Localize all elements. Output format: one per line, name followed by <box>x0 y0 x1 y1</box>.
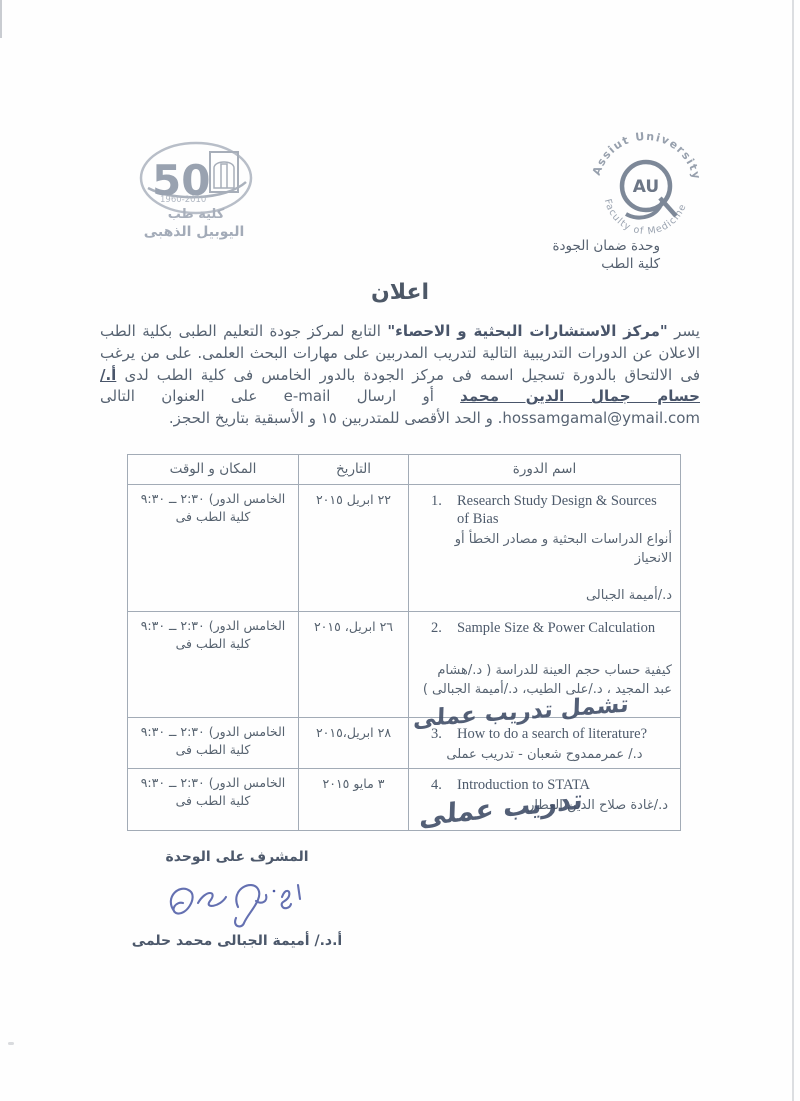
course-title-en: 1. Research Study Design & Sources of Bi… <box>417 492 672 528</box>
date-cell-2: ٢٦ ابريل، ٢٠١٥ <box>299 612 409 718</box>
scan-corner-mark <box>0 0 2 38</box>
course-number: 2. <box>431 619 445 637</box>
course-title-text: Research Study Design & Sources of Bias <box>457 492 672 528</box>
header-place-time: المكان و الوقت <box>128 455 299 485</box>
university-emblem-icon <box>214 162 234 188</box>
scan-speck <box>8 1042 14 1045</box>
intro-seg1: يسر <box>668 322 700 340</box>
place-cell-4: ٩:٣٠ ‎ــ‎ ٢:٣٠ ‎(الدور‎ الخامس‎ فى‎ كلية… <box>128 769 299 831</box>
course-cell-2: 2. Sample Size & Power Calculation كيفية… <box>409 612 681 718</box>
quality-unit-logo: Assiut University Faculty of Medicine AU <box>584 126 708 248</box>
au-initials: AU <box>633 177 659 197</box>
au-q-logo-icon: Assiut University Faculty of Medicine AU <box>584 126 708 248</box>
intro-seg9: . و الحد الأقصى للمتدربين ١٥ و الأسبقية … <box>169 409 502 427</box>
intro-email-word: e-mail <box>284 387 331 405</box>
course-cell-4: 4. Introduction to STATA د./غادة صلاح ال… <box>409 769 681 831</box>
courses-table: اسم الدورة التاريخ المكان و الوقت 1. Res… <box>127 454 681 831</box>
unit-caption-line1: وحدة ضمان الجودة <box>520 238 660 256</box>
table-row: 3. How to do a search of literature? د./… <box>128 718 681 769</box>
place-cell-2: ٩:٣٠ ‎ــ‎ ٢:٣٠ ‎(الدور‎ الخامس‎ فى‎ كلية… <box>128 612 299 718</box>
course-cell-1: 1. Research Study Design & Sources of Bi… <box>409 485 681 612</box>
golden-jubilee-logo: 50 1960-2010 كلية طب اليوبيل الذهبى <box>134 140 264 250</box>
header-date: التاريخ <box>299 455 409 485</box>
jubilee-50-icon: 50 1960-2010 كلية طب اليوبيل الذهبى <box>134 140 264 250</box>
jubilee-years: 1960-2010 <box>160 195 206 205</box>
course-desc-ar: د./ عمرممدوح شعبان - تدريب عملى <box>417 745 672 764</box>
course-title-text: Sample Size & Power Calculation <box>457 619 655 637</box>
table-row: 1. Research Study Design & Sources of Bi… <box>128 485 681 612</box>
date-cell-4: ٣ مايو ٢٠١٥ <box>299 769 409 831</box>
course-instructor: د./أميمة الجبالى <box>417 586 672 605</box>
course-number: 1. <box>431 492 445 528</box>
place-cell-1: ٩:٣٠ ‎ــ‎ ٢:٣٠ ‎(الدور‎ الخامس‎ فى‎ كلية… <box>128 485 299 612</box>
header-course-name: اسم الدورة <box>409 455 681 485</box>
place-cell-3: ٩:٣٠ ‎ــ‎ ٢:٣٠ ‎(الدور‎ الخامس‎ فى‎ كلية… <box>128 718 299 769</box>
intro-center-name: "مركز الاستشارات البحثية و الاحصاء" <box>387 322 667 340</box>
course-desc-ar: كيفية حساب حجم العينة للدراسة ( د./هشام … <box>417 661 672 699</box>
page-title: اعلان <box>0 280 800 305</box>
unit-caption-line2: كلية الطب <box>520 256 660 274</box>
course-number: 4. <box>431 776 445 794</box>
jubilee-golden-text: اليوبيل الذهبى <box>144 224 245 240</box>
date-cell-1: ٢٢ ابريل ٢٠١٥ <box>299 485 409 612</box>
table-header-row: اسم الدورة التاريخ المكان و الوقت <box>128 455 681 485</box>
handwritten-signature-icon <box>152 871 322 929</box>
date-cell-3: ٢٨ ابريل،٢٠١٥ <box>299 718 409 769</box>
signature-block: المشرف على الوحدة أ.د./ أميمة الجبالى مح… <box>128 849 346 949</box>
course-desc-ar: أنواع الدراسات البحثية و مصادر الخطأ أو … <box>417 530 672 568</box>
jubilee-faculty-text: كلية طب <box>168 207 225 222</box>
intro-email-address: hossamgamal@ymail.com <box>502 409 700 427</box>
signature-name: أ.د./ أميمة الجبالى محمد حلمى <box>128 933 346 949</box>
course-title-en: 2. Sample Size & Power Calculation <box>417 619 672 637</box>
intro-paragraph: يسر "مركز الاستشارات البحثية و الاحصاء" … <box>100 321 700 430</box>
course-title-text: How to do a search of literature? <box>457 725 647 743</box>
scanned-announcement-page: 50 1960-2010 كلية طب اليوبيل الذهبى Assi… <box>0 0 800 1101</box>
arc-text-university: Assiut University <box>590 130 703 182</box>
svg-text:Assiut University: Assiut University <box>590 130 703 182</box>
signature-title: المشرف على الوحدة <box>128 849 346 865</box>
intro-seg7: على العنوان التالى <box>100 387 284 405</box>
table-row: 4. Introduction to STATA د./غادة صلاح ال… <box>128 769 681 831</box>
scan-edge-shadow <box>792 0 794 1101</box>
table-row: 2. Sample Size & Power Calculation كيفية… <box>128 612 681 718</box>
unit-caption: وحدة ضمان الجودة كلية الطب <box>520 238 660 273</box>
intro-seg5: أو ارسال <box>330 387 460 405</box>
